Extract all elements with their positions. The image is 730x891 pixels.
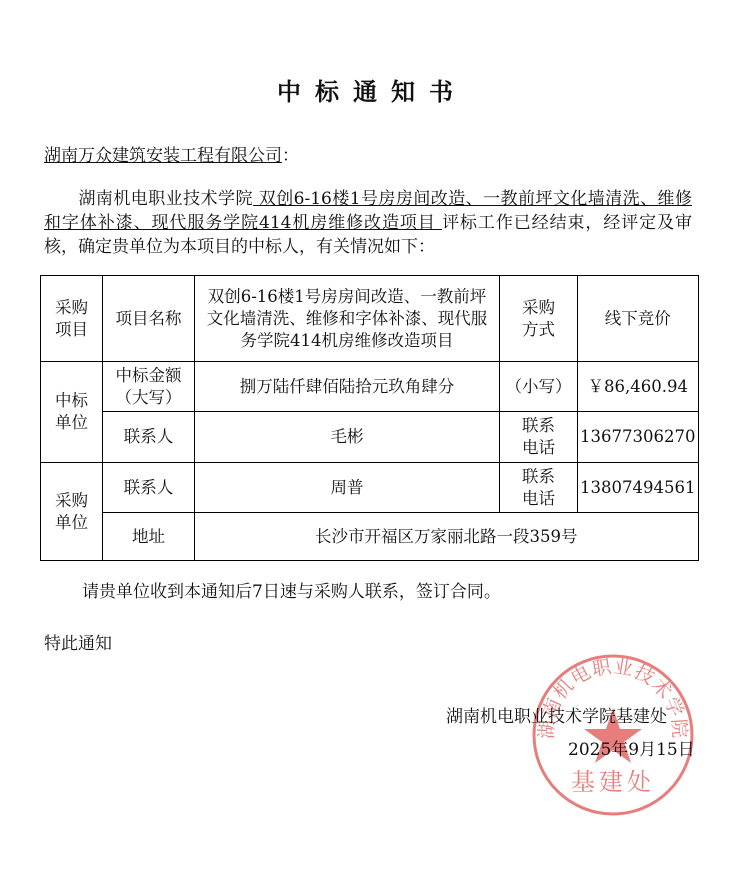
table-row-purchaser-contact: 采购单位 联系人 周普 联系电话 13807494561: [41, 463, 699, 513]
winning-amount-number: ￥86,460.94: [578, 362, 699, 412]
purchaser-contact-value: 周普: [195, 463, 500, 513]
closing-paragraph: 请贵单位收到本通知后7日速与采购人联系，签订合同。: [82, 580, 501, 604]
project-name-label: 项目名称: [103, 276, 195, 362]
table-row-purchaser-address: 地址 长沙市开福区万家丽北路一段359号: [41, 513, 699, 561]
winning-phone-label: 联系电话: [500, 412, 578, 463]
winning-contact-value: 毛彬: [195, 412, 500, 463]
award-info-table: 采购项目 项目名称 双创6-16楼1号房房间改造、一教前坪文化墙清洗、维修和字体…: [40, 275, 699, 561]
procurement-method-label: 采购方式: [500, 276, 578, 362]
winning-contact-label: 联系人: [103, 412, 195, 463]
official-seal: 湖南机电职业技术学院 基建处: [530, 652, 696, 818]
addressee-colon: ：: [282, 146, 299, 166]
winning-phone-value: 13677306270: [578, 412, 699, 463]
table-row-winning-amount: 中标单位 中标金额（大写） 捌万陆仟肆佰陆拾元玖角肆分 （小写） ￥86,460…: [41, 362, 699, 412]
purchaser-phone-label: 联系电话: [500, 463, 578, 513]
table-row-procurement-project: 采购项目 项目名称 双创6-16楼1号房房间改造、一教前坪文化墙清洗、维修和字体…: [41, 276, 699, 362]
purchaser-address-label: 地址: [103, 513, 195, 561]
document-title: 中标通知书: [0, 72, 730, 107]
purchaser-address-value: 长沙市开福区万家丽北路一段359号: [195, 513, 699, 561]
purchasing-unit-label: 采购单位: [41, 463, 103, 561]
signature-organization: 湖南机电职业技术学院基建处: [446, 705, 667, 729]
project-name-value: 双创6-16楼1号房房间改造、一教前坪文化墙清洗、维修和字体补漆、现代服务学院4…: [195, 276, 500, 362]
purchaser-phone-value: 13807494561: [578, 463, 699, 513]
procurement-method-value: 线下竞价: [578, 276, 699, 362]
table-row-winning-contact: 联系人 毛彬 联系电话 13677306270: [41, 412, 699, 463]
amount-small-label: （小写）: [500, 362, 578, 412]
addressee-name: 湖南万众建筑安装工程有限公司: [44, 146, 282, 166]
intro-purchaser: 湖南机电职业技术学院: [78, 189, 253, 209]
signature-date: 2025年9月15日: [568, 738, 695, 762]
winning-amount-label: 中标金额（大写）: [103, 362, 195, 412]
winning-unit-label: 中标单位: [41, 362, 103, 463]
seal-center-text: 基建处: [571, 768, 655, 796]
intro-paragraph: 湖南机电职业技术学院 双创6-16楼1号房房间改造、一教前坪文化墙清洗、维修和字…: [44, 187, 692, 259]
addressee: 湖南万众建筑安装工程有限公司：: [44, 144, 299, 168]
procurement-project-label: 采购项目: [41, 276, 103, 362]
purchaser-contact-label: 联系人: [103, 463, 195, 513]
winning-amount-words: 捌万陆仟肆佰陆拾元玖角肆分: [195, 362, 500, 412]
notice-text: 特此通知: [44, 632, 112, 656]
